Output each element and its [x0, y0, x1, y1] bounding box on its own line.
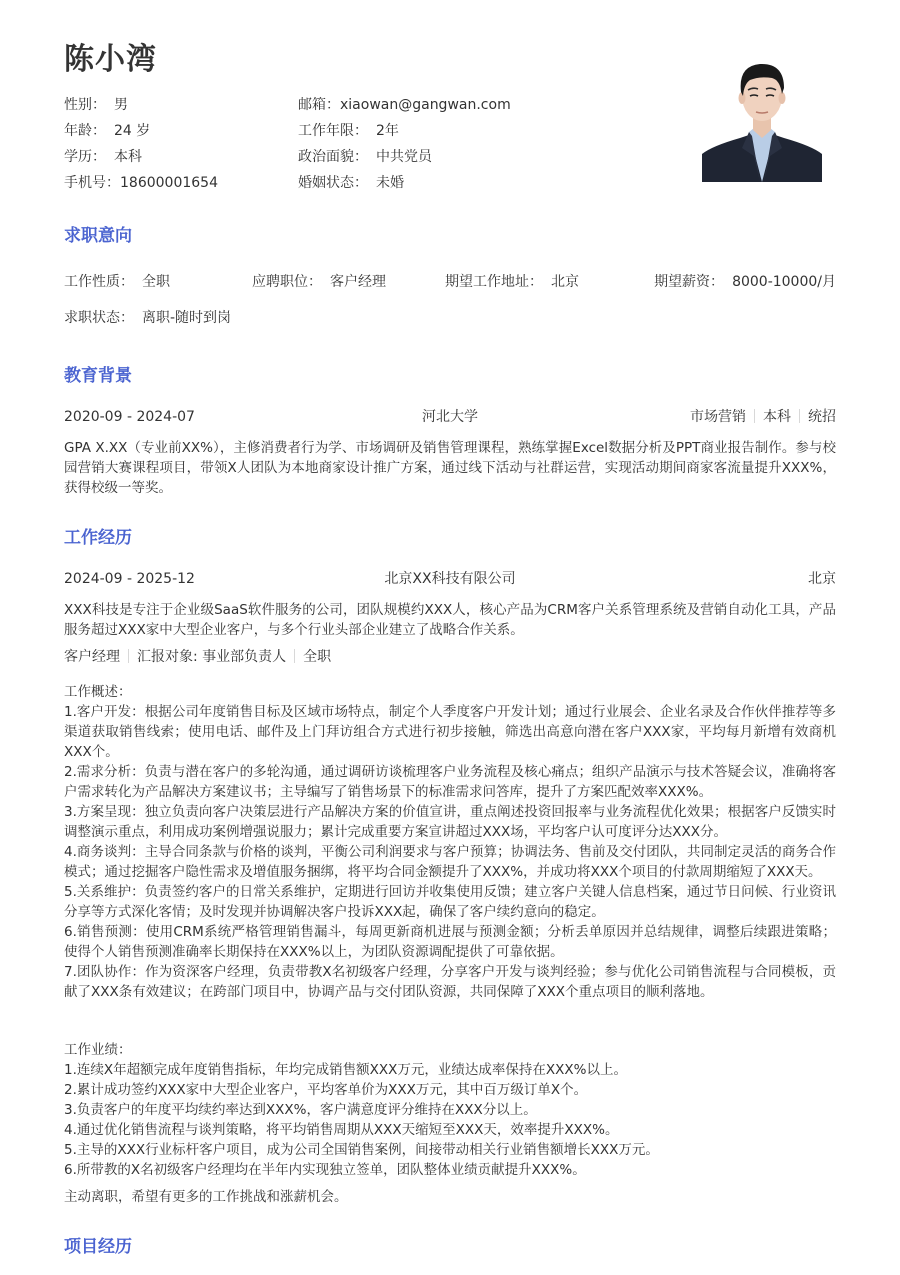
marital-value: 未婚: [376, 175, 404, 191]
section-title-projects: 项目经历: [64, 1235, 132, 1259]
years-value: 2年: [376, 123, 399, 139]
section-title-work: 工作经历: [64, 526, 132, 550]
years-label: 工作年限：: [298, 123, 368, 139]
intent-location: 期望工作地址：北京: [445, 271, 579, 293]
education-enroll: 统招: [808, 409, 836, 425]
position-value: 客户经理: [330, 274, 386, 290]
section-title-intent: 求职意向: [64, 224, 132, 248]
divider: [294, 649, 295, 663]
work-role: 客户经理: [64, 649, 120, 665]
divider: [128, 649, 129, 663]
info-phone: 手机号：18600001654: [64, 172, 218, 194]
work-summary: 工作概述： 1.客户开发：根据公司年度销售目标及区域市场特点，制定个人季度客户开…: [64, 682, 836, 1002]
education-tags: 市场营销本科统招: [690, 406, 836, 428]
marital-label: 婚姻状态：: [298, 175, 368, 191]
info-marital: 婚姻状态：未婚: [298, 172, 404, 194]
candidate-name: 陈小湾: [64, 38, 157, 82]
company-description: XXX科技是专注于企业级SaaS软件服务的公司，团队规模约XXX人，核心产品为C…: [64, 600, 836, 640]
achievement-item: 2.累计成功签约XXX家中大型企业客户，平均客单价为XXX万元，其中百万级订单X…: [64, 1080, 836, 1100]
work-report-to: 汇报对象: 事业部负责人: [137, 649, 286, 665]
location-value: 北京: [551, 274, 579, 290]
achievements-title: 工作业绩：: [64, 1040, 836, 1060]
age-label: 年龄：: [64, 123, 106, 139]
status-value: 离职-随时到岗: [142, 310, 231, 326]
education-major: 市场营销: [690, 409, 746, 425]
education-header: 2020-09 - 2024-07 河北大学 市场营销本科统招: [64, 406, 836, 428]
achievement-item: 1.连续X年超额完成年度销售指标，年均完成销售额XXX万元，业绩达成率保持在XX…: [64, 1060, 836, 1080]
work-employment: 全职: [303, 649, 331, 665]
phone-value: 18600001654: [120, 175, 218, 191]
education-degree: 本科: [763, 409, 791, 425]
achievement-item: 3.负责客户的年度平均续约率达到XXX%，客户满意度评分维持在XXX分以上。: [64, 1100, 836, 1120]
salary-value: 8000-10000/月: [732, 274, 836, 290]
work-company: 北京XX科技有限公司: [64, 568, 836, 590]
work-tag-group: 客户经理汇报对象: 事业部负责人全职: [64, 646, 331, 668]
status-label: 求职状态：: [64, 310, 134, 326]
info-age: 年龄：24 岁: [64, 120, 150, 142]
work-city: 北京: [808, 568, 836, 590]
leave-reason: 主动离职，希望有更多的工作挑战和涨薪机会。: [64, 1187, 836, 1207]
info-email: 邮箱：xiaowan@gangwan.com: [298, 94, 511, 116]
work-tags: 客户经理汇报对象: 事业部负责人全职: [64, 646, 836, 668]
divider: [754, 409, 755, 423]
info-gender: 性别：男: [64, 94, 128, 116]
info-years: 工作年限：2年: [298, 120, 399, 142]
work-achievements: 工作业绩： 1.连续X年超额完成年度销售指标，年均完成销售额XXX万元，业绩达成…: [64, 1040, 836, 1180]
summary-title: 工作概述：: [64, 682, 836, 702]
info-education: 学历：本科: [64, 146, 142, 168]
divider: [799, 409, 800, 423]
gender-label: 性别：: [64, 97, 106, 113]
gender-value: 男: [114, 97, 128, 113]
email-label: 邮箱：: [298, 97, 340, 113]
summary-item: 4.商务谈判：主导合同条款与价格的谈判，平衡公司利润要求与客户预算；协调法务、售…: [64, 842, 836, 882]
summary-item: 5.关系维护：负责签约客户的日常关系维护，定期进行回访并收集使用反馈；建立客户关…: [64, 882, 836, 922]
intent-status: 求职状态：离职-随时到岗: [64, 307, 231, 329]
summary-item: 7.团队协作：作为资深客户经理，负责带教X名初级客户经理，分享客户开发与谈判经验…: [64, 962, 836, 1002]
portrait-icon: [702, 52, 822, 182]
intent-row-2: 求职状态：离职-随时到岗: [64, 307, 836, 329]
job-type-value: 全职: [142, 274, 170, 290]
achievement-item: 5.主导的XXX行业标杆客户项目，成为公司全国销售案例，间接带动相关行业销售额增…: [64, 1140, 836, 1160]
summary-item: 3.方案呈现：独立负责向客户决策层进行产品解决方案的价值宣讲，重点阐述投资回报率…: [64, 802, 836, 842]
summary-item: 6.销售预测：使用CRM系统严格管理销售漏斗，每周更新商机进展与预测金额；分析丢…: [64, 922, 836, 962]
phone-label: 手机号：: [64, 175, 120, 191]
achievement-item: 4.通过优化销售流程与谈判策略，将平均销售周期从XXX天缩短至XXX天，效率提升…: [64, 1120, 836, 1140]
profile-photo: [702, 52, 822, 182]
location-label: 期望工作地址：: [445, 274, 543, 290]
education-label: 学历：: [64, 149, 106, 165]
political-label: 政治面貌：: [298, 149, 368, 165]
intent-position: 应聘职位：客户经理: [252, 271, 386, 293]
position-label: 应聘职位：: [252, 274, 322, 290]
info-political: 政治面貌：中共党员: [298, 146, 432, 168]
intent-salary: 期望薪资：8000-10000/月: [654, 271, 836, 293]
salary-label: 期望薪资：: [654, 274, 724, 290]
age-value: 24 岁: [114, 123, 150, 139]
summary-item: 2.需求分析：负责与潜在客户的多轮沟通，通过调研访谈梳理客户业务流程及核心痛点；…: [64, 762, 836, 802]
education-value: 本科: [114, 149, 142, 165]
achievement-item: 6.所带教的X名初级客户经理均在半年内实现独立签单，团队整体业绩贡献提升XXX%…: [64, 1160, 836, 1180]
education-description: GPA X.XX（专业前XX%），主修消费者行为学、市场调研及销售管理课程，熟练…: [64, 438, 836, 498]
intent-row-1: 工作性质：全职 应聘职位：客户经理 期望工作地址：北京 期望薪资：8000-10…: [64, 271, 836, 293]
summary-item: 1.客户开发：根据公司年度销售目标及区域市场特点，制定个人季度客户开发计划；通过…: [64, 702, 836, 762]
political-value: 中共党员: [376, 149, 432, 165]
email-value[interactable]: xiaowan@gangwan.com: [340, 97, 511, 113]
job-type-label: 工作性质：: [64, 274, 134, 290]
work-header: 2024-09 - 2025-12 北京XX科技有限公司 北京: [64, 568, 836, 590]
section-title-education: 教育背景: [64, 364, 132, 388]
intent-job-type: 工作性质：全职: [64, 271, 170, 293]
